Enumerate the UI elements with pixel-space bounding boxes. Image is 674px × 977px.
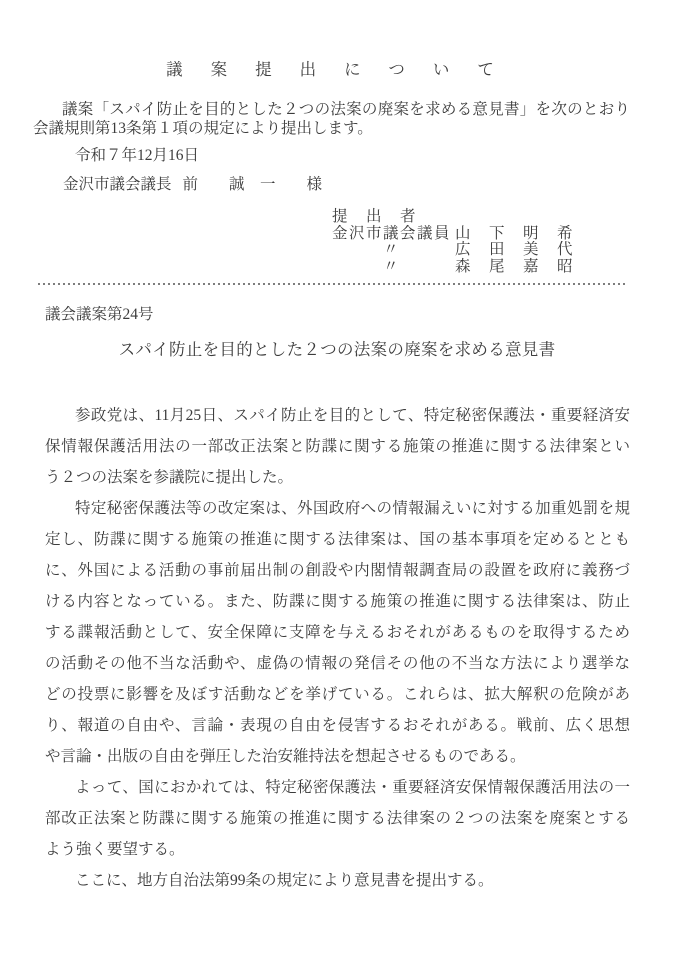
opinion-body: 参政党は、11月25日、スパイ防止を目的として、特定秘密保護法・重要経済安保情報… (45, 400, 630, 896)
opinion-body-line: り、報道の自由や、言論・表現の自由を侵害するおそれがある。戦前、広く思想 (45, 710, 630, 741)
opinion-body-line: 定し、防諜に関する施策の推進に関する法律案は、国の基本事項を定めるととも (45, 524, 630, 555)
opinion-body-line: ける内容となっている。また、防諜に関する施策の推進に関する法律案は、防止 (45, 586, 630, 617)
opinion-body-line: に、外国による活動の事前届出制の創設や内閣情報調査局の設置を政府に義務づ (45, 555, 630, 586)
opinion-body-line: どの投票に影響を及ぼす活動などを挙げている。これらは、拡大解釈の危険があ (45, 679, 630, 710)
opinion-body-line: の活動その他不当な活動や、虚偽の情報の発信その他の不当な方法により選挙な (45, 648, 630, 679)
opinion-body-line: 参政党は、11月25日、スパイ防止を目的として、特定秘密保護法・重要経済安 (45, 400, 630, 431)
notice-intro: 議案「スパイ防止を目的とした２つの法案の廃案を求める意見書」を次のとおり 会議規… (33, 100, 630, 138)
notice-intro-line-2: 会議規則第13条第１項の規定により提出します。 (33, 119, 630, 138)
submitters-rows: 金沢市議会議員山 下 明 希〃広 田 美 代〃森 尾 嘉 昭 (332, 226, 574, 276)
opinion-title: スパイ防止を目的とした２つの法案の廃案を求める意見書 (0, 340, 674, 359)
opinion-body-line: する諜報活動として、安全保障に支障を与えるおそれがあるものを取得するため (45, 617, 630, 648)
document-title: 議案提出について (0, 59, 674, 81)
submitters-heading: 提 出 者 (332, 209, 574, 226)
submitter-role: 〃 (332, 259, 451, 276)
opinion-body-line: ここに、地方自治法第99条の規定により意見書を提出する。 (45, 865, 630, 896)
submitter-role: 〃 (332, 242, 451, 259)
submitter-row: 金沢市議会議員山 下 明 希 (332, 226, 574, 243)
submitter-name: 森 尾 嘉 昭 (455, 259, 574, 276)
recipient-name: 前 誠 一 様 (183, 176, 323, 193)
opinion-body-line: 部改正法案と防諜に関する施策の推進に関する法律案の２つの法案を廃案とする (45, 803, 630, 834)
opinion-body-line: よって、国におかれては、特定秘密保護法・重要経済安保情報保護活用法の一 (45, 772, 630, 803)
recipient-title: 金沢市議会議長 (63, 176, 172, 193)
recipient-line: 金沢市議会議長前 誠 一 様 (63, 176, 322, 193)
dotted-separator (38, 283, 628, 285)
submitter-name: 広 田 美 代 (455, 242, 574, 259)
submitter-row: 〃森 尾 嘉 昭 (332, 259, 574, 276)
submitters-block: 提 出 者 金沢市議会議員山 下 明 希〃広 田 美 代〃森 尾 嘉 昭 (332, 209, 574, 275)
bill-number: 議会議案第24号 (45, 306, 154, 323)
opinion-body-line: 保情報保護活用法の一部改正法案と防諜に関する施策の推進に関する法律案とい (45, 431, 630, 462)
submitter-row: 〃広 田 美 代 (332, 242, 574, 259)
opinion-body-line: う２つの法案を参議院に提出した。 (45, 462, 630, 493)
opinion-body-line: や言論・出版の自由を弾圧した治安維持法を想起させるものである。 (45, 741, 630, 772)
opinion-body-line: よう強く要望する。 (45, 834, 630, 865)
notice-date: 令和７年12月16日 (75, 147, 199, 164)
opinion-body-line: 特定秘密保護法等の改定案は、外国政府への情報漏えいに対する加重処罰を規 (45, 493, 630, 524)
notice-intro-line-1: 議案「スパイ防止を目的とした２つの法案の廃案を求める意見書」を次のとおり (33, 100, 630, 119)
document-page: 議案提出について 議案「スパイ防止を目的とした２つの法案の廃案を求める意見書」を… (0, 0, 674, 977)
submitter-name: 山 下 明 希 (455, 226, 574, 243)
submitter-role: 金沢市議会議員 (332, 226, 451, 243)
